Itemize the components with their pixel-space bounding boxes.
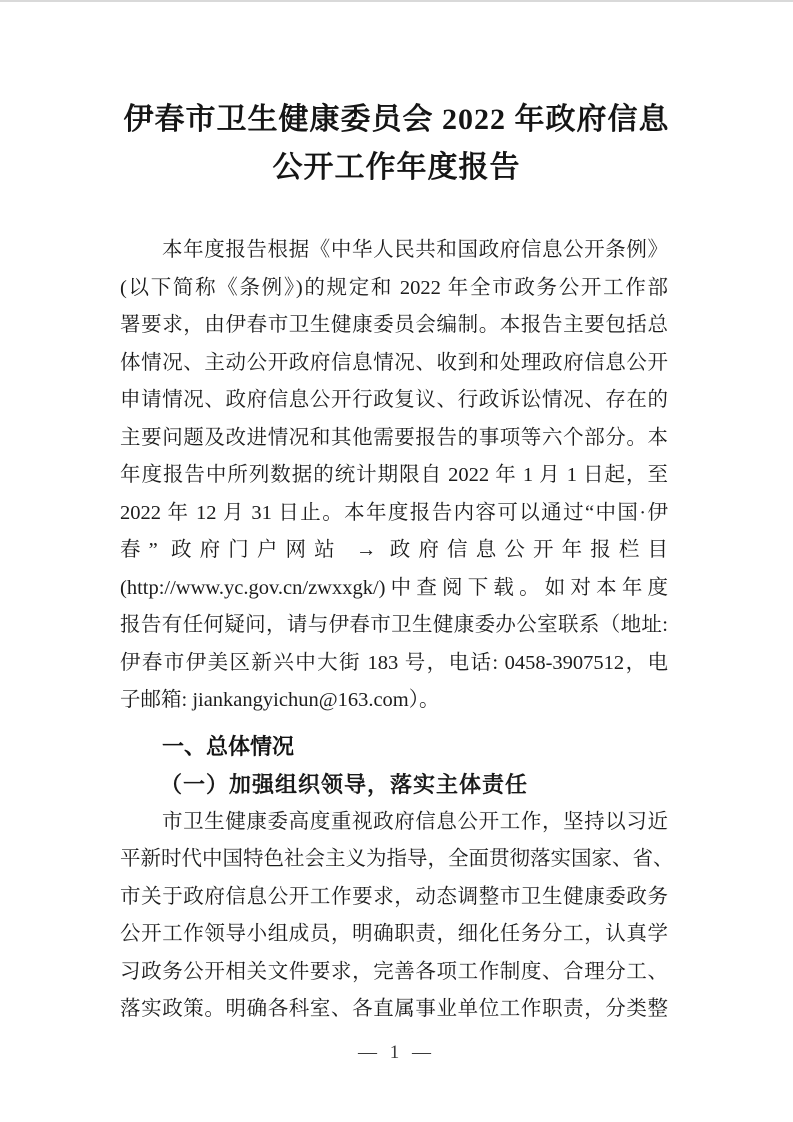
paragraph-line: (以下简称《条例》)的规定和 2022 年全市政务公开工作部 — [120, 270, 668, 308]
page-number: — 1 — — [0, 1042, 793, 1064]
paragraph-line: 子邮箱: jiankangyichun@163.com）。 — [120, 682, 668, 720]
paragraph-line: 落实政策。明确各科室、各直属事业单位工作职责，分类整 — [120, 991, 668, 1029]
paragraph-line: 署要求，由伊春市卫生健康委员会编制。本报告主要包括总 — [120, 307, 668, 345]
paragraph-line: 申请情况、政府信息公开行政复议、行政诉讼情况、存在的 — [120, 382, 668, 420]
document-page: 伊春市卫生健康委员会 2022 年政府信息 公开工作年度报告 本年度报告根据《中… — [0, 0, 793, 1122]
paragraph-line: 市卫生健康委高度重视政府信息公开工作，坚持以习近 — [120, 804, 668, 842]
intro-paragraph: 本年度报告根据《中华人民共和国政府信息公开条例》 (以下简称《条例》)的规定和 … — [120, 232, 668, 720]
paragraph-line: 年度报告中所列数据的统计期限自 2022 年 1 月 1 日起，至 — [120, 457, 668, 495]
paragraph-line: 本年度报告根据《中华人民共和国政府信息公开条例》 — [120, 232, 668, 270]
paragraph-line: 市关于政府信息公开工作要求，动态调整市卫生健康委政务 — [120, 879, 668, 917]
section-heading-overall-situation: 一、总体情况 — [120, 728, 668, 766]
paragraph-line: 公开工作领导小组成员，明确职责，细化任务分工，认真学 — [120, 916, 668, 954]
paragraph-line: 习政务公开相关文件要求，完善各项工作制度、合理分工、 — [120, 954, 668, 992]
paragraph-line: 体情况、主动公开政府信息情况、收到和处理政府信息公开 — [120, 345, 668, 383]
paragraph-line: 平新时代中国特色社会主义为指导，全面贯彻落实国家、省、 — [120, 841, 668, 879]
paragraph-line: 伊春市伊美区新兴中大街 183 号，电话: 0458-3907512，电 — [120, 645, 668, 683]
paragraph-line: 报告有任何疑问，请与伊春市卫生健康委办公室联系（地址: — [120, 607, 668, 645]
paragraph-line: (http://www.yc.gov.cn/zwxxgk/)中查阅下载。如对本年… — [120, 570, 668, 608]
document-title-line-2: 公开工作年度报告 — [87, 144, 707, 192]
sub-section-heading: （一）加强组织领导，落实主体责任 — [120, 766, 668, 804]
document-title: 伊春市卫生健康委员会 2022 年政府信息 公开工作年度报告 — [87, 96, 707, 192]
section-paragraph: 市卫生健康委高度重视政府信息公开工作，坚持以习近 平新时代中国特色社会主义为指导… — [120, 804, 668, 1029]
paragraph-line: 春” 政府门户网站 → 政府信息公开年报栏目 — [120, 532, 668, 570]
paragraph-line: 2022 年 12 月 31 日止。本年度报告内容可以通过“中国·伊 — [120, 495, 668, 533]
paragraph-line: 主要问题及改进情况和其他需要报告的事项等六个部分。本 — [120, 420, 668, 458]
document-title-line-1: 伊春市卫生健康委员会 2022 年政府信息 — [87, 96, 707, 144]
